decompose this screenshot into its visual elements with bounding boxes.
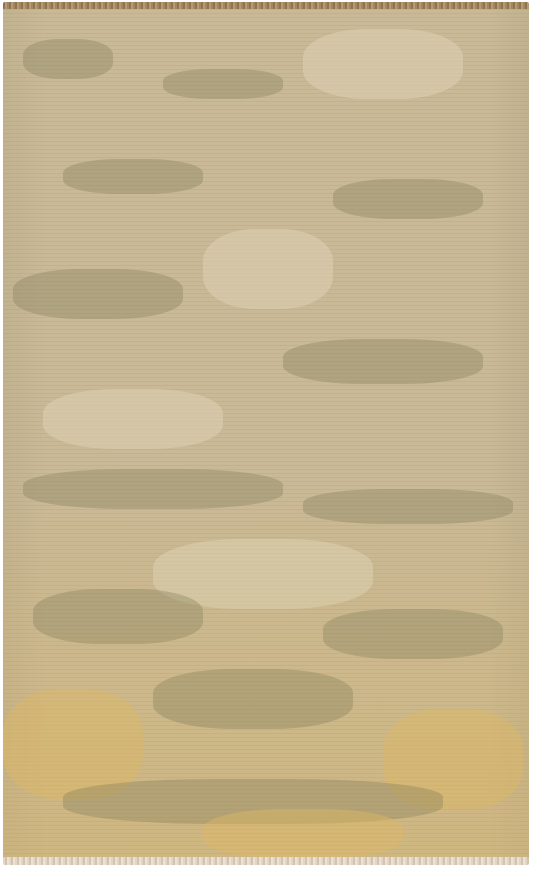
pattern-motif	[303, 489, 513, 524]
pattern-motif	[23, 39, 113, 79]
pattern-motif	[33, 589, 203, 644]
pattern-motif	[203, 809, 403, 858]
pattern-motif	[153, 669, 353, 729]
pattern-motif	[63, 159, 203, 194]
pattern-motif	[13, 269, 183, 319]
pattern-motif	[283, 339, 483, 384]
product-photo	[0, 0, 533, 872]
pattern-motif	[203, 229, 333, 309]
pattern-motif	[163, 69, 283, 99]
pattern-motif	[303, 29, 463, 99]
rug	[3, 9, 529, 858]
pattern-motif	[23, 469, 283, 509]
pattern-motif	[43, 389, 223, 449]
rug-bottom-fringe	[3, 857, 529, 865]
pattern-motif	[333, 179, 483, 219]
pattern-motif	[323, 609, 503, 659]
